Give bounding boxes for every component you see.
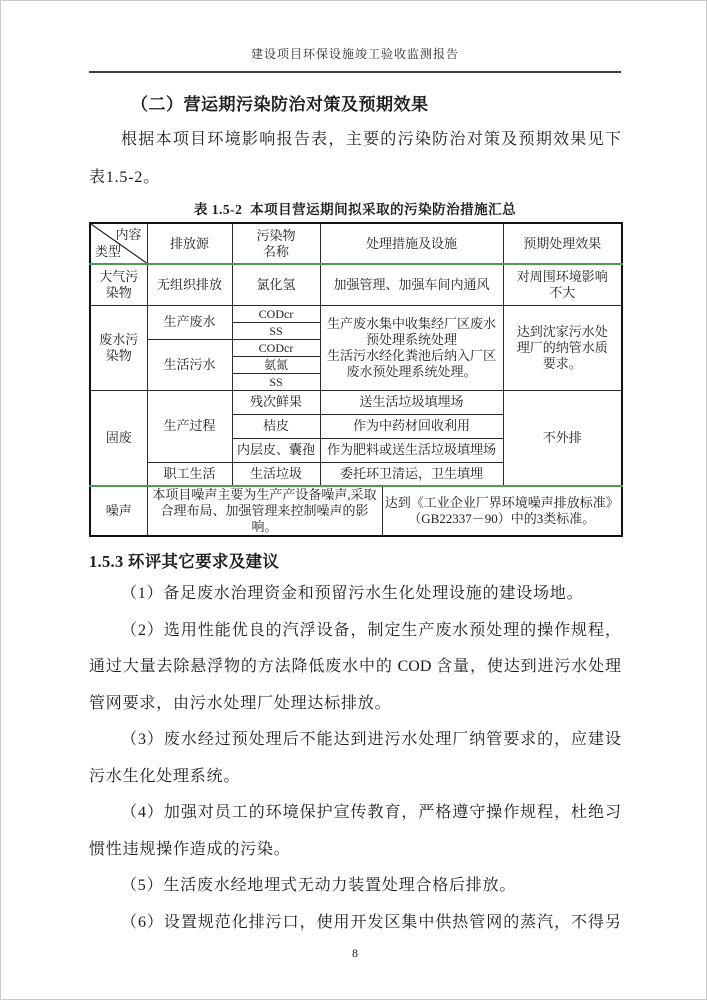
air-effect: 对周围环境影响 不大 [503, 264, 622, 305]
wastewater-pollutant: SS [232, 322, 320, 339]
wastewater-pollutant: 氨氮 [232, 356, 320, 373]
air-measure: 加强管理、加强车间内通风 [320, 264, 503, 305]
header-effect: 预期处理效果 [503, 223, 622, 264]
header-measure: 处理措施及设施 [320, 223, 503, 264]
solid-pollutant: 内层皮、囊孢 [232, 438, 320, 462]
air-source: 无组织排放 [147, 264, 232, 305]
recommendations: （1）备足废水治理资金和预留污水生化处理设施的建设场地。 （2）选用性能优良的汽… [89, 576, 621, 941]
wastewater-effect: 达到沈家污水处 理厂的纳管水质 要求。 [503, 305, 622, 390]
table-header-row: 内容 类型 排放源 污染物 名称 处理措施及设施 预期处理效果 [90, 223, 622, 264]
corner-label-content: 内容 [115, 227, 141, 243]
solid-measure: 作为肥料或送生活垃圾填埋场 [320, 438, 503, 462]
solid-category: 固废 [90, 390, 147, 486]
wastewater-pollutant: SS [232, 373, 320, 390]
recommendation-line: （4）加强对员工的环境保护宣传教育，严格遵守操作规程，杜绝习 [89, 795, 621, 832]
wastewater-source-production: 生产废水 [147, 305, 232, 339]
row-air: 大气污 染物 无组织排放 氯化氢 加强管理、加强车间内通风 对周围环境影响 不大 [90, 264, 622, 305]
running-header-title: 建设项目环保设施竣工验收监测报告 [89, 47, 621, 62]
header-source: 排放源 [147, 223, 232, 264]
recommendation-line: （5）生活废水经地埋式无动力装置处理合格后排放。 [89, 868, 621, 905]
intro-line: 表1.5-2。 [89, 159, 621, 197]
row-noise: 噪声 本项目噪声主要为生产产设备噪声,采取 合理布局、加强管理来控制噪声的影响。… [90, 486, 622, 536]
page-content: 建设项目环保设施竣工验收监测报告 （二）营运期污染防治对策及预期效果 根据本项目… [89, 1, 621, 961]
header-corner-cell: 内容 类型 [90, 223, 147, 264]
header-pollutant: 污染物 名称 [232, 223, 320, 264]
air-category: 大气污 染物 [90, 264, 147, 305]
row-wastewater: 废水污 染物 生产废水 CODcr 生产废水集中收集经厂区废水 预处理系统处理 … [90, 305, 622, 322]
recommendation-line: （1）备足废水治理资金和预留污水生化处理设施的建设场地。 [89, 576, 621, 613]
recommendation-line: 管网要求，由污水处理厂处理达标排放。 [89, 686, 621, 723]
page-number: 8 [89, 945, 621, 961]
noise-category: 噪声 [90, 486, 147, 536]
intro-paragraph: 根据本项目环境影响报告表，主要的污染防治对策及预期效果见下 表1.5-2。 [89, 121, 621, 197]
wastewater-category: 废水污 染物 [90, 305, 147, 390]
pollution-control-table: 内容 类型 排放源 污染物 名称 处理措施及设施 预期处理效果 大气污 染物 无… [89, 222, 623, 537]
section-heading-2: （二）营运期污染防治对策及预期效果 [89, 93, 621, 117]
header-rule [89, 71, 621, 73]
solid-measure: 作为中药材回收利用 [320, 414, 503, 438]
recommendation-line: 通过大量去除悬浮物的方法降低废水中的 COD 含量，使达到进污水处理 [89, 649, 621, 686]
intro-line: 根据本项目环境影响报告表，主要的污染防治对策及预期效果见下 [89, 121, 621, 159]
noise-effect: 达到《工业企业厂界环境噪声排放标准》 （GB22337－90）中的3类标准。 [382, 486, 622, 536]
air-pollutant: 氯化氢 [232, 264, 320, 305]
solid-effect: 不外排 [503, 390, 622, 486]
recommendation-line: （3）废水经过预处理后不能达到进污水处理厂纳管要求的，应建设 [89, 722, 621, 759]
solid-source-staff: 职工生活 [147, 462, 232, 486]
solid-source-production: 生产过程 [147, 390, 232, 462]
solid-pollutant: 桔皮 [232, 414, 320, 438]
noise-measure: 本项目噪声主要为生产产设备噪声,采取 合理布局、加强管理来控制噪声的影响。 [147, 486, 382, 536]
corner-label-type: 类型 [95, 244, 121, 260]
solid-measure: 委托环卫清运，卫生填埋 [320, 462, 503, 486]
solid-measure: 送生活垃圾填埋场 [320, 390, 503, 414]
running-header: 建设项目环保设施竣工验收监测报告 [89, 1, 621, 73]
wastewater-measure: 生产废水集中收集经厂区废水 预处理系统处理 生活污水经化粪池后纳入厂区 废水预处… [320, 305, 503, 390]
recommendation-line: 惯性违规操作造成的污染。 [89, 832, 621, 869]
wastewater-pollutant: CODcr [232, 305, 320, 322]
section-heading-153: 1.5.3 环评其它要求及建议 [89, 550, 621, 574]
solid-pollutant: 生活垃圾 [232, 462, 320, 486]
recommendation-line: （6）设置规范化排污口，使用开发区集中供热管网的蒸汽，不得另 [89, 905, 621, 942]
solid-pollutant: 残次鲜果 [232, 390, 320, 414]
document-page: { "page": { "header_title": "建设项目环保设施竣工验… [0, 0, 707, 1000]
row-solid-waste: 固废 生产过程 残次鲜果 送生活垃圾填埋场 不外排 [90, 390, 622, 414]
wastewater-pollutant: CODcr [232, 339, 320, 356]
recommendation-line: （2）选用性能优良的汽浮设备，制定生产废水预处理的操作规程， [89, 613, 621, 650]
recommendation-line: 污水生化处理系统。 [89, 759, 621, 796]
wastewater-source-domestic: 生活污水 [147, 339, 232, 390]
table-title: 表 1.5-2 本项目营运期间拟采取的污染防治措施汇总 [89, 200, 621, 220]
